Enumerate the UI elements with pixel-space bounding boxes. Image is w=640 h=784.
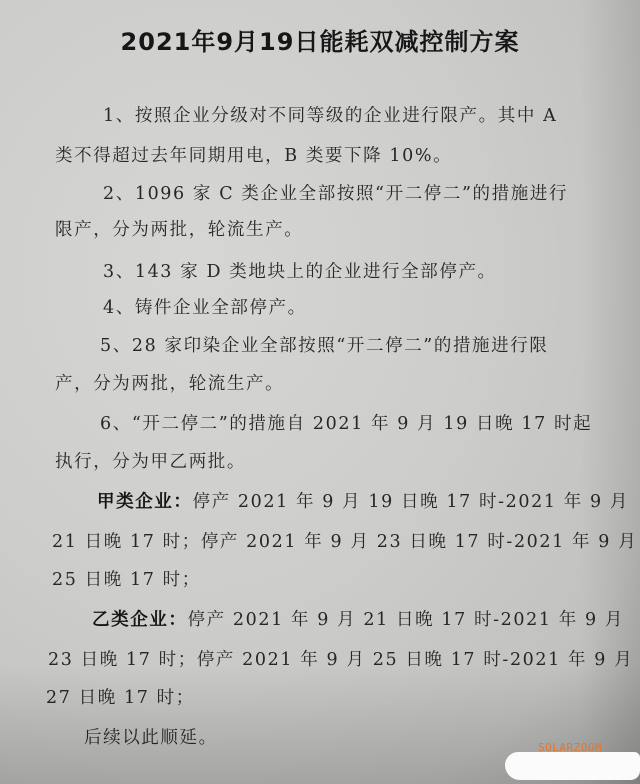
closing-text: 后续以此顺延。 (84, 724, 218, 749)
item-3-line-1: 3、143 家 D 类地块上的企业进行全部停产。 (103, 258, 497, 283)
item-5-line-2: 产，分为两批，轮流生产。 (55, 370, 284, 395)
group-b-line-2: 23 日晚 17 时；停产 2021 年 9 月 25 日晚 17 时-2021… (48, 646, 633, 671)
document-photo: 2021年9月19日能耗双减控制方案 1、按照企业分级对不同等级的企业进行限产。… (0, 0, 640, 784)
redaction-patch (505, 752, 640, 780)
group-b-label: 乙类企业： (92, 610, 188, 630)
group-a-line-3: 25 日晚 17 时； (52, 566, 201, 591)
item-2-line-2: 限产，分为两批，轮流生产。 (55, 216, 303, 241)
group-a-text-1: 停产 2021 年 9 月 19 日晚 17 时-2021 年 9 月 (193, 492, 629, 512)
item-4-line-1: 4、铸件企业全部停产。 (103, 294, 307, 319)
group-a-line-2: 21 日晚 17 时；停产 2021 年 9 月 23 日晚 17 时-2021… (52, 528, 637, 553)
item-1-line-1: 1、按照企业分级对不同等级的企业进行限产。其中 A (103, 102, 557, 127)
group-a-line-1: 甲类企业：停产 2021 年 9 月 19 日晚 17 时-2021 年 9 月 (97, 488, 629, 513)
item-6-line-2: 执行，分为甲乙两批。 (55, 448, 246, 473)
group-b-text-1: 停产 2021 年 9 月 21 日晚 17 时-2021 年 9 月 (188, 610, 624, 630)
group-b-line-3: 27 日晚 17 时； (46, 684, 195, 709)
document-title: 2021年9月19日能耗双减控制方案 (0, 22, 640, 57)
group-b-line-1: 乙类企业：停产 2021 年 9 月 21 日晚 17 时-2021 年 9 月 (92, 606, 624, 631)
item-6-line-1: 6、“开二停二”的措施自 2021 年 9 月 19 日晚 17 时起 (100, 410, 592, 435)
item-2-line-1: 2、1096 家 C 类企业全部按照“开二停二”的措施进行 (103, 180, 568, 205)
item-5-line-1: 5、28 家印染企业全部按照“开二停二”的措施进行限 (100, 332, 548, 357)
item-1-line-2: 类不得超过去年同期用电，B 类要下降 10%。 (55, 142, 452, 167)
group-a-label: 甲类企业： (97, 492, 193, 512)
